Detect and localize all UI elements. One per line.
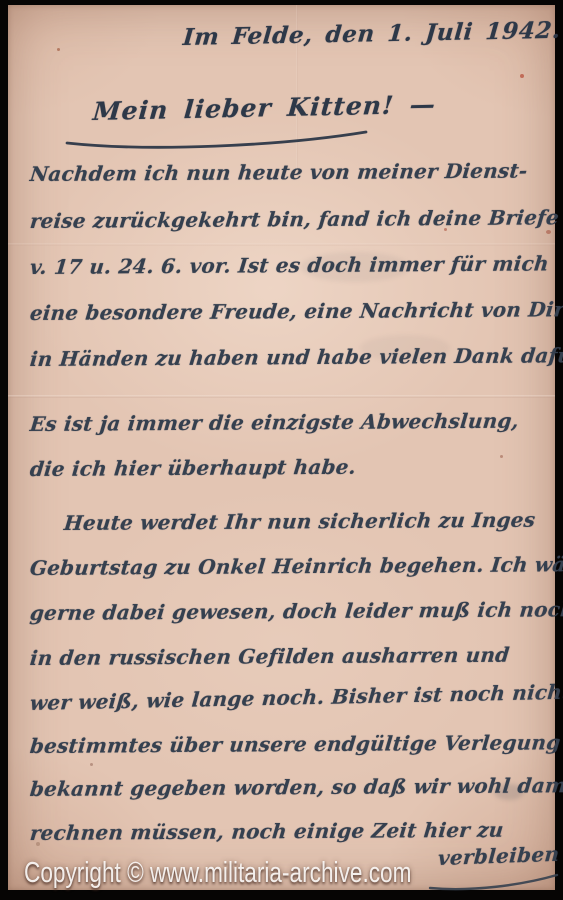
handwritten-line: Nachdem ich nun heute von meiner Dienst- [29,159,529,186]
watermark-text: Copyright © www.militaria-archive.com [24,857,411,890]
handwritten-line: bestimmtes über unsere endgültige Verleg… [29,730,562,758]
paper-speck [90,763,93,766]
handwritten-line: in den russischen Gefilden ausharren und [29,643,511,670]
handwritten-line: bekannt gegeben worden, so daß wir wohl … [29,773,563,801]
handwritten-line: gerne dabei gewesen, doch leider muß ich… [29,597,563,625]
handwritten-line: v. 17 u. 24. 6. vor. Ist es doch immer f… [29,251,550,279]
handwritten-line: Es ist ja immer die einzigste Abwechslun… [29,409,520,436]
handwritten-line: Heute werdet Ihr nun sicherlich zu Inges [63,508,537,535]
paper-speck [57,48,60,51]
letter-photograph: { "letter": { "dateline": "Im Felde, den… [0,0,563,900]
handwritten-line: in Händen zu haben und habe vielen Dank … [29,343,563,371]
handwritten-line: Geburtstag zu Onkel Heinrich begehen. Ic… [29,552,563,580]
paper-crease [8,243,555,246]
closing-word: verbleiben [437,842,560,870]
handwritten-line: die ich hier überhaupt habe. [29,455,357,481]
handwritten-line: eine besondere Freude, eine Nachricht vo… [29,297,563,325]
paper-speck [520,74,524,78]
paper-crease [8,395,555,398]
handwritten-line: rechnen müssen, noch einige Zeit hier zu [29,818,505,845]
paper-speck [500,455,503,458]
paper-speck [546,230,551,234]
handwritten-line: reise zurückgekehrt bin, fand ich deine … [29,205,560,233]
